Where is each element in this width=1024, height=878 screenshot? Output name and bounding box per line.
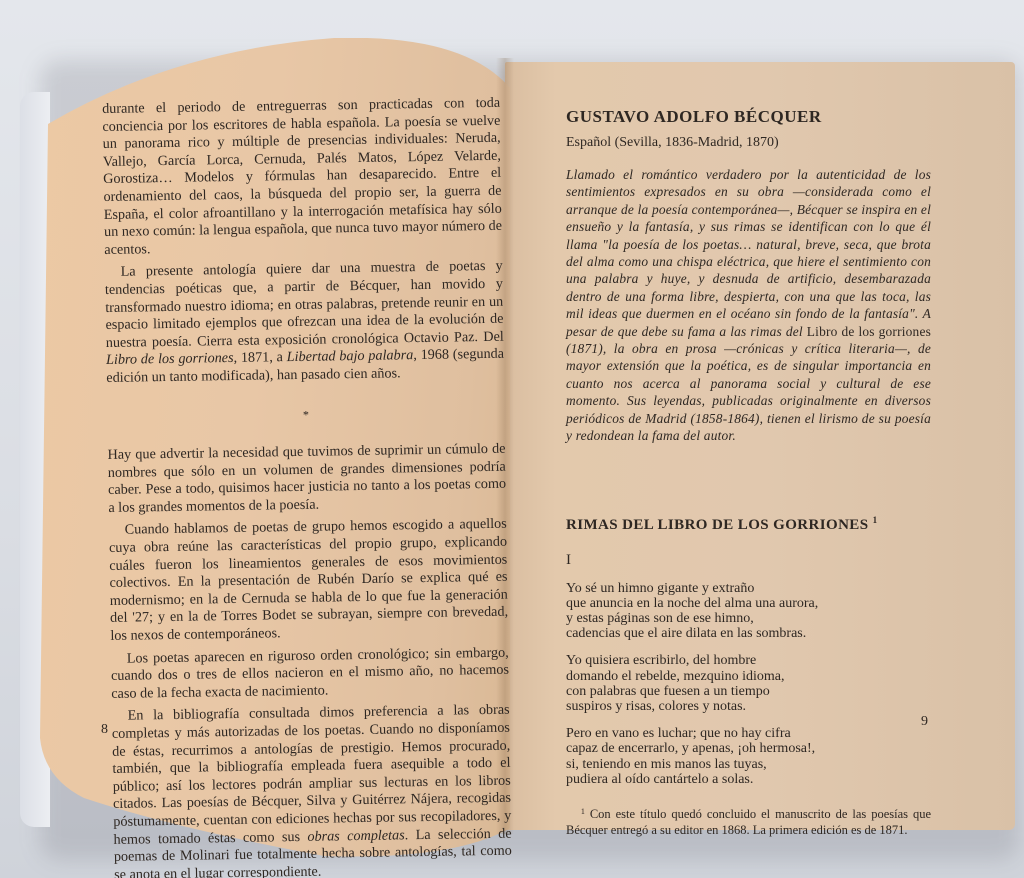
right-page-text: GUSTAVO ADOLFO BÉCQUER Español (Sevilla,… xyxy=(566,107,931,838)
page-number-left: 8 xyxy=(101,722,108,738)
section-separator: * xyxy=(107,403,505,427)
paragraph: Hay que advertir la necesidad que tuvimo… xyxy=(107,441,506,518)
author-heading: GUSTAVO ADOLFO BÉCQUER xyxy=(566,107,931,127)
page-number-right: 9 xyxy=(921,714,928,730)
poem-stanza: Yo sé un himno gigante y extrañoque anun… xyxy=(566,581,931,642)
author-biography: Llamado el romántico verdadero por la au… xyxy=(566,166,931,445)
section-title: RIMAS DEL LIBRO DE LOS GORRIONES 1 xyxy=(566,515,931,534)
paragraph: Cuando hablamos de poetas de grupo hemos… xyxy=(109,516,509,645)
paragraph: Los poetas aparecen en riguroso orden cr… xyxy=(111,644,510,703)
paragraph: durante el periodo de entreguerras son p… xyxy=(102,95,502,260)
poem-stanza: Yo quisiera escribirlo, del hombredomand… xyxy=(566,653,931,714)
author-origin: Español (Sevilla, 1836-Madrid, 1870) xyxy=(566,135,931,151)
footnote-reference: 1 xyxy=(873,515,878,525)
paragraph: La presente antología quiere dar una mue… xyxy=(105,258,505,387)
poem-number: I xyxy=(566,552,931,569)
paragraph: En la bibliografía consultada dimos pref… xyxy=(112,702,513,878)
left-page-text: durante el periodo de entreguerras son p… xyxy=(102,95,512,878)
footnote: 1 Con este título quedó concluido el man… xyxy=(566,804,931,838)
poem-stanza: Pero en vano es luchar; que no hay cifra… xyxy=(566,726,931,787)
